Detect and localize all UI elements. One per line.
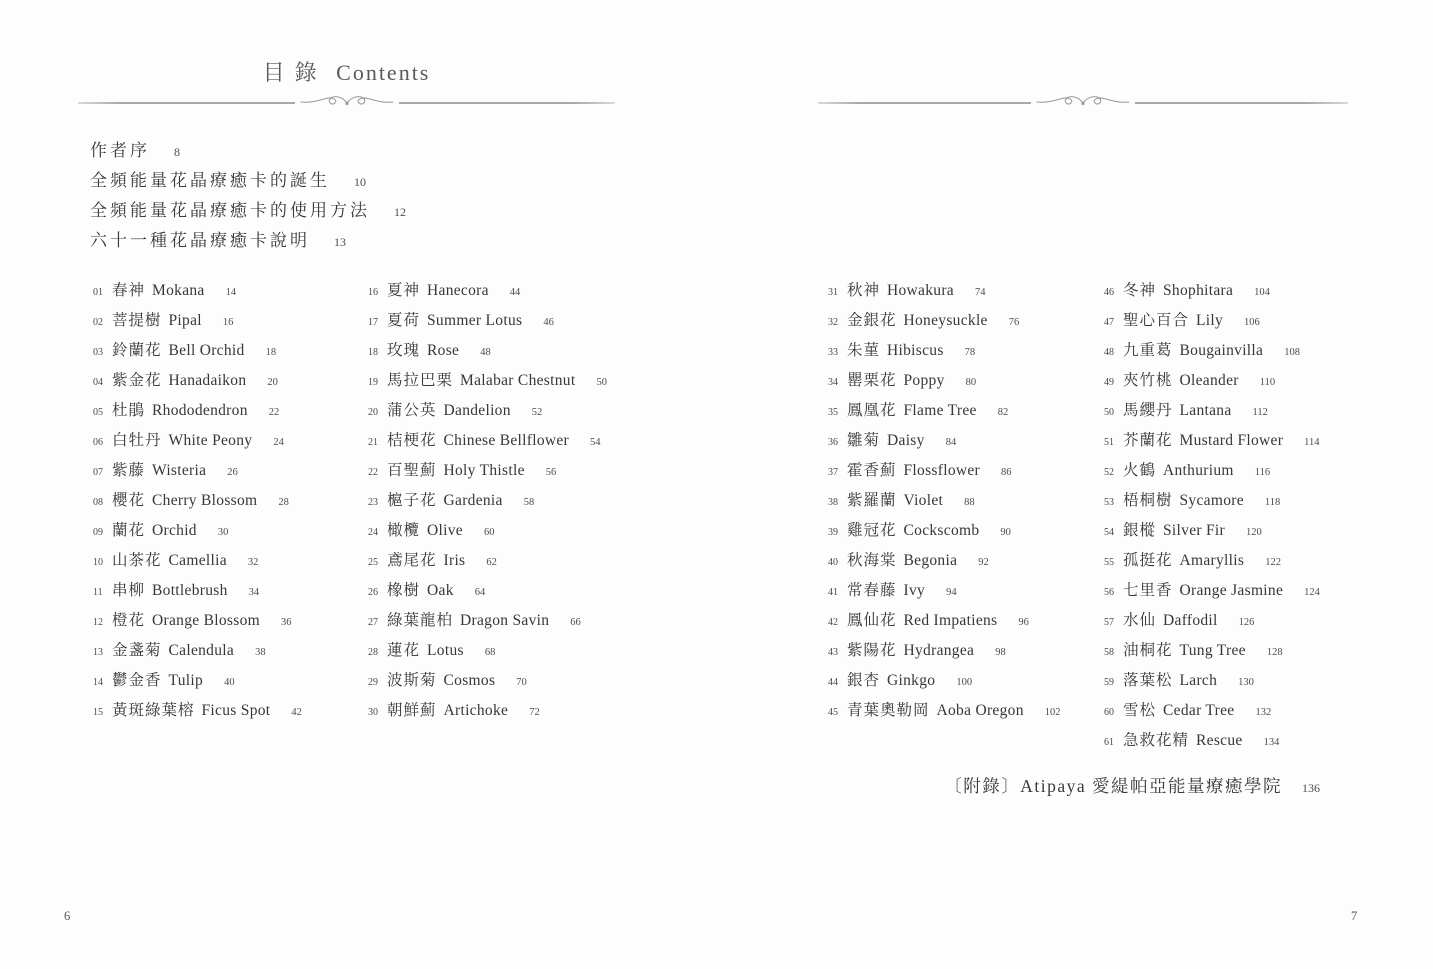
entry-name-en: Cherry Blossom (152, 492, 257, 510)
entry-name-zh: 橙花 (112, 608, 145, 630)
entry-name-en: Ficus Spot (202, 702, 271, 720)
entry-name-zh: 鳳凰花 (847, 398, 897, 420)
page-title: 目錄 Contents (78, 56, 615, 87)
appendix-page-number: 136 (1302, 781, 1320, 796)
entry-number: 54 (1104, 527, 1116, 538)
front-matter-entry: 六十一種花晶療癒卡說明 13 (90, 226, 406, 256)
entry-page-number: 104 (1254, 287, 1270, 298)
entry-name-zh: 七里香 (1123, 578, 1173, 600)
entry-page-number: 52 (532, 407, 543, 418)
toc-entry: 35 鳳凰花 Flame Tree 82 (828, 398, 1061, 428)
entry-name-en: Tung Tree (1180, 642, 1246, 660)
entry-number: 15 (93, 707, 105, 718)
flourish-icon (1031, 90, 1135, 115)
entry-number: 51 (1104, 437, 1116, 448)
entry-name-zh: 鬱金香 (112, 668, 162, 690)
entry-name-zh: 銀杏 (847, 668, 880, 690)
entry-name-en: Cosmos (444, 672, 496, 690)
entry-number: 19 (368, 377, 380, 388)
toc-entry: 43 紫陽花 Hydrangea 98 (828, 638, 1061, 668)
toc-entry: 21 桔梗花 Chinese Bellflower 54 (368, 428, 607, 458)
entry-number: 20 (368, 407, 380, 418)
front-matter-entry: 全頻能量花晶療癒卡的誕生 10 (90, 166, 406, 196)
toc-entry: 15 黃斑綠葉榕 Ficus Spot 42 (93, 698, 302, 728)
entry-name-zh: 霍香薊 (847, 458, 897, 480)
toc-entry: 37 霍香薊 Flossflower 86 (828, 458, 1061, 488)
entry-name-en: Ivy (904, 582, 926, 600)
entry-name-en: Lantana (1180, 402, 1232, 420)
entry-page-number: 112 (1253, 407, 1268, 418)
folio-right: 7 (1351, 909, 1357, 924)
entry-number: 06 (93, 437, 105, 448)
entry-number: 41 (828, 587, 840, 598)
toc-entry: 46 冬神 Shophitara 104 (1104, 278, 1320, 308)
entry-page-number: 102 (1045, 707, 1061, 718)
toc-column-4: 46 冬神 Shophitara 104 47 聖心百合 Lily 106 48… (1104, 278, 1320, 758)
entry-name-en: Gardenia (444, 492, 503, 510)
entry-number: 35 (828, 407, 840, 418)
toc-entry: 41 常春藤 Ivy 94 (828, 578, 1061, 608)
entry-page-number: 72 (529, 707, 540, 718)
entry-name-zh: 杜鵑 (112, 398, 145, 420)
toc-entry: 17 夏荷 Summer Lotus 46 (368, 308, 607, 338)
entry-name-zh: 青葉奧勒岡 (847, 698, 930, 720)
toc-entry: 54 銀樅 Silver Fir 120 (1104, 518, 1320, 548)
toc-entry: 60 雪松 Cedar Tree 132 (1104, 698, 1320, 728)
toc-entry: 10 山茶花 Camellia 32 (93, 548, 302, 578)
entry-page-number: 130 (1238, 677, 1254, 688)
entry-name-zh: 紫藤 (112, 458, 145, 480)
entry-name-zh: 金銀花 (847, 308, 897, 330)
entry-name-zh: 銀樅 (1123, 518, 1156, 540)
entry-page-number: 38 (255, 647, 266, 658)
entry-number: 37 (828, 467, 840, 478)
entry-number: 46 (1104, 287, 1116, 298)
front-matter-page-number: 13 (334, 235, 346, 250)
entry-page-number: 120 (1246, 527, 1262, 538)
entry-name-zh: 金盞菊 (112, 638, 162, 660)
front-matter-page-number: 10 (354, 175, 366, 190)
entry-page-number: 40 (224, 677, 235, 688)
entry-number: 44 (828, 677, 840, 688)
entry-page-number: 70 (516, 677, 527, 688)
toc-entry: 32 金銀花 Honeysuckle 76 (828, 308, 1061, 338)
entry-page-number: 68 (485, 647, 496, 658)
entry-number: 40 (828, 557, 840, 568)
entry-page-number: 50 (596, 377, 607, 388)
toc-entry: 08 櫻花 Cherry Blossom 28 (93, 488, 302, 518)
entry-number: 18 (368, 347, 380, 358)
entry-name-en: Violet (904, 492, 944, 510)
entry-name-zh: 白牡丹 (112, 428, 162, 450)
toc-entry: 33 朱菫 Hibiscus 78 (828, 338, 1061, 368)
entry-number: 29 (368, 677, 380, 688)
entry-number: 34 (828, 377, 840, 388)
entry-name-zh: 鳶尾花 (387, 548, 437, 570)
entry-page-number: 86 (1001, 467, 1012, 478)
entry-name-en: Bougainvilla (1180, 342, 1264, 360)
entry-name-en: Oleander (1180, 372, 1239, 390)
entry-page-number: 82 (998, 407, 1009, 418)
entry-name-zh: 常春藤 (847, 578, 897, 600)
entry-name-zh: 紫陽花 (847, 638, 897, 660)
entry-name-zh: 櫻花 (112, 488, 145, 510)
toc-entry: 01 春神 Mokana 14 (93, 278, 302, 308)
entry-number: 21 (368, 437, 380, 448)
entry-number: 32 (828, 317, 840, 328)
entry-name-en: Begonia (904, 552, 958, 570)
entry-name-en: Calendula (169, 642, 235, 660)
entry-name-zh: 橄欖 (387, 518, 420, 540)
entry-name-zh: 波斯菊 (387, 668, 437, 690)
entry-page-number: 110 (1260, 377, 1275, 388)
toc-entry: 31 秋神 Howakura 74 (828, 278, 1061, 308)
entry-name-en: Dragon Savin (460, 612, 549, 630)
toc-column-2: 16 夏神 Hanecora 44 17 夏荷 Summer Lotus 46 … (368, 278, 607, 728)
entry-number: 11 (93, 587, 105, 598)
toc-entry: 57 水仙 Daffodil 126 (1104, 608, 1320, 638)
entry-number: 02 (93, 317, 105, 328)
toc-entry: 11 串柳 Bottlebrush 34 (93, 578, 302, 608)
entry-name-zh: 火鶴 (1123, 458, 1156, 480)
entry-page-number: 114 (1304, 437, 1319, 448)
entry-page-number: 48 (480, 347, 491, 358)
entry-page-number: 54 (590, 437, 601, 448)
toc-entry: 04 紫金花 Hanadaikon 20 (93, 368, 302, 398)
entry-name-zh: 罌栗花 (847, 368, 897, 390)
entry-name-en: Honeysuckle (904, 312, 988, 330)
entry-page-number: 100 (956, 677, 972, 688)
entry-number: 36 (828, 437, 840, 448)
divider-left (78, 101, 615, 104)
entry-name-en: Amaryllis (1180, 552, 1245, 570)
entry-number: 22 (368, 467, 380, 478)
entry-page-number: 80 (966, 377, 977, 388)
entry-name-en: Hibiscus (887, 342, 944, 360)
entry-number: 55 (1104, 557, 1116, 568)
entry-page-number: 84 (946, 437, 957, 448)
toc-entry: 23 槴子花 Gardenia 58 (368, 488, 607, 518)
entry-page-number: 128 (1267, 647, 1283, 658)
entry-page-number: 42 (291, 707, 302, 718)
entry-name-zh: 蓮花 (387, 638, 420, 660)
toc-entry: 36 雛菊 Daisy 84 (828, 428, 1061, 458)
entry-name-zh: 蒲公英 (387, 398, 437, 420)
entry-name-en: Olive (427, 522, 463, 540)
entry-page-number: 34 (249, 587, 260, 598)
entry-name-zh: 槴子花 (387, 488, 437, 510)
entry-name-en: Tulip (169, 672, 204, 690)
book-spread: { "page": { "background_color": "#fdfdfd… (0, 0, 1433, 969)
entry-name-en: Wisteria (152, 462, 206, 480)
toc-entry: 09 蘭花 Orchid 30 (93, 518, 302, 548)
entry-page-number: 18 (266, 347, 277, 358)
entry-name-zh: 串柳 (112, 578, 145, 600)
entry-name-zh: 水仙 (1123, 608, 1156, 630)
toc-entry: 61 急救花精 Rescue 134 (1104, 728, 1320, 758)
entry-number: 16 (368, 287, 380, 298)
entry-name-en: Lotus (427, 642, 464, 660)
entry-name-en: Chinese Bellflower (444, 432, 570, 450)
entry-number: 60 (1104, 707, 1116, 718)
entry-page-number: 60 (484, 527, 495, 538)
entry-name-en: Daffodil (1163, 612, 1218, 630)
entry-name-zh: 秋海棠 (847, 548, 897, 570)
entry-name-en: Flame Tree (904, 402, 977, 420)
entry-name-en: Rhododendron (152, 402, 248, 420)
toc-entry: 19 馬拉巴栗 Malabar Chestnut 50 (368, 368, 607, 398)
entry-number: 52 (1104, 467, 1116, 478)
entry-name-zh: 菩提樹 (112, 308, 162, 330)
toc-entry: 38 紫羅蘭 Violet 88 (828, 488, 1061, 518)
toc-entry: 24 橄欖 Olive 60 (368, 518, 607, 548)
entry-number: 57 (1104, 617, 1116, 628)
entry-page-number: 20 (267, 377, 278, 388)
entry-page-number: 30 (218, 527, 229, 538)
entry-number: 50 (1104, 407, 1116, 418)
entry-page-number: 116 (1255, 467, 1270, 478)
toc-entry: 18 玫瑰 Rose 48 (368, 338, 607, 368)
entry-page-number: 118 (1265, 497, 1280, 508)
entry-name-en: Orchid (152, 522, 197, 540)
entry-page-number: 24 (273, 437, 284, 448)
entry-page-number: 88 (964, 497, 975, 508)
entry-name-en: Artichoke (444, 702, 509, 720)
front-matter-page-number: 12 (394, 205, 406, 220)
entry-page-number: 132 (1255, 707, 1271, 718)
toc-entry: 55 孤挺花 Amaryllis 122 (1104, 548, 1320, 578)
toc-entry: 03 鈴蘭花 Bell Orchid 18 (93, 338, 302, 368)
front-matter-list: 作者序 8 全頻能量花晶療癒卡的誕生 10 全頻能量花晶療癒卡的使用方法 12 … (90, 136, 406, 256)
entry-name-zh: 油桐花 (1123, 638, 1173, 660)
entry-number: 49 (1104, 377, 1116, 388)
front-matter-label: 作者序 (90, 136, 150, 161)
entry-name-en: Hanadaikon (169, 372, 247, 390)
entry-number: 10 (93, 557, 105, 568)
entry-name-zh: 夏荷 (387, 308, 420, 330)
toc-entry: 13 金盞菊 Calendula 38 (93, 638, 302, 668)
front-matter-page-number: 8 (174, 145, 180, 160)
toc-entry: 16 夏神 Hanecora 44 (368, 278, 607, 308)
entry-name-en: Howakura (887, 282, 954, 300)
entry-number: 27 (368, 617, 380, 628)
page-title-zh: 目錄 (263, 60, 327, 85)
entry-page-number: 58 (524, 497, 535, 508)
entry-name-en: Silver Fir (1163, 522, 1225, 540)
entry-name-zh: 秋神 (847, 278, 880, 300)
entry-name-zh: 桔梗花 (387, 428, 437, 450)
entry-name-en: Aoba Oregon (937, 702, 1024, 720)
toc-entry: 45 青葉奧勒岡 Aoba Oregon 102 (828, 698, 1061, 728)
entry-number: 23 (368, 497, 380, 508)
front-matter-label: 六十一種花晶療癒卡說明 (90, 226, 310, 251)
entry-name-en: Mustard Flower (1180, 432, 1284, 450)
entry-name-zh: 聖心百合 (1123, 308, 1189, 330)
toc-entry: 40 秋海棠 Begonia 92 (828, 548, 1061, 578)
toc-entry: 39 雞冠花 Cockscomb 90 (828, 518, 1061, 548)
toc-entry: 28 蓮花 Lotus 68 (368, 638, 607, 668)
folio-left: 6 (64, 909, 70, 924)
entry-name-zh: 梧桐樹 (1123, 488, 1173, 510)
entry-name-en: Hydrangea (904, 642, 975, 660)
entry-number: 31 (828, 287, 840, 298)
entry-number: 07 (93, 467, 105, 478)
entry-number: 28 (368, 647, 380, 658)
entry-number: 25 (368, 557, 380, 568)
entry-number: 38 (828, 497, 840, 508)
entry-page-number: 28 (278, 497, 289, 508)
toc-entry: 44 銀杏 Ginkgo 100 (828, 668, 1061, 698)
entry-number: 26 (368, 587, 380, 598)
entry-name-zh: 雛菊 (847, 428, 880, 450)
entry-name-en: White Peony (169, 432, 253, 450)
entry-name-en: Holy Thistle (444, 462, 525, 480)
entry-name-zh: 朱菫 (847, 338, 880, 360)
toc-entry: 27 綠葉龍柏 Dragon Savin 66 (368, 608, 607, 638)
entry-number: 12 (93, 617, 105, 628)
toc-entry: 48 九重葛 Bougainvilla 108 (1104, 338, 1320, 368)
entry-number: 13 (93, 647, 105, 658)
entry-name-en: Orange Jasmine (1180, 582, 1284, 600)
entry-name-zh: 孤挺花 (1123, 548, 1173, 570)
entry-number: 04 (93, 377, 105, 388)
entry-number: 08 (93, 497, 105, 508)
entry-name-zh: 蘭花 (112, 518, 145, 540)
entry-name-zh: 落葉松 (1123, 668, 1173, 690)
toc-entry: 49 夾竹桃 Oleander 110 (1104, 368, 1320, 398)
entry-number: 48 (1104, 347, 1116, 358)
entry-page-number: 90 (1000, 527, 1011, 538)
entry-name-en: Daisy (887, 432, 925, 450)
toc-entry: 56 七里香 Orange Jasmine 124 (1104, 578, 1320, 608)
toc-entry: 22 百聖薊 Holy Thistle 56 (368, 458, 607, 488)
entry-name-en: Orange Blossom (152, 612, 260, 630)
toc-entry: 29 波斯菊 Cosmos 70 (368, 668, 607, 698)
entry-page-number: 108 (1284, 347, 1300, 358)
entry-name-en: Ginkgo (887, 672, 935, 690)
entry-number: 24 (368, 527, 380, 538)
entry-number: 33 (828, 347, 840, 358)
toc-entry: 53 梧桐樹 Sycamore 118 (1104, 488, 1320, 518)
entry-page-number: 32 (248, 557, 259, 568)
entry-page-number: 64 (475, 587, 486, 598)
toc-column-3: 31 秋神 Howakura 74 32 金銀花 Honeysuckle 76 … (828, 278, 1061, 728)
entry-page-number: 98 (995, 647, 1006, 658)
appendix-entry: 〔附錄〕Atipaya 愛緹帕亞能量療癒學院 136 (944, 773, 1320, 798)
toc-entry: 25 鳶尾花 Iris 62 (368, 548, 607, 578)
entry-name-en: Bottlebrush (152, 582, 228, 600)
entry-page-number: 44 (510, 287, 521, 298)
entry-name-en: Rose (427, 342, 459, 360)
entry-name-zh: 九重葛 (1123, 338, 1173, 360)
entry-name-en: Poppy (904, 372, 945, 390)
entry-name-en: Cockscomb (904, 522, 980, 540)
entry-name-zh: 綠葉龍柏 (387, 608, 453, 630)
entry-name-en: Camellia (169, 552, 227, 570)
entry-name-en: Mokana (152, 282, 205, 300)
entry-name-en: Shophitara (1163, 282, 1233, 300)
entry-name-zh: 朝鮮薊 (387, 698, 437, 720)
entry-number: 56 (1104, 587, 1116, 598)
entry-page-number: 134 (1264, 737, 1280, 748)
entry-page-number: 74 (975, 287, 986, 298)
toc-entry: 51 芥蘭花 Mustard Flower 114 (1104, 428, 1320, 458)
entry-name-zh: 黃斑綠葉榕 (112, 698, 195, 720)
entry-number: 59 (1104, 677, 1116, 688)
entry-number: 09 (93, 527, 105, 538)
entry-number: 14 (93, 677, 105, 688)
entry-number: 53 (1104, 497, 1116, 508)
entry-name-en: Iris (444, 552, 466, 570)
page-title-en: Contents (336, 60, 430, 85)
entry-page-number: 14 (226, 287, 237, 298)
entry-name-en: Pipal (169, 312, 202, 330)
entry-number: 43 (828, 647, 840, 658)
toc-entry: 26 橡樹 Oak 64 (368, 578, 607, 608)
entry-number: 01 (93, 287, 105, 298)
toc-entry: 50 馬纓丹 Lantana 112 (1104, 398, 1320, 428)
entry-page-number: 92 (978, 557, 989, 568)
entry-page-number: 56 (546, 467, 557, 478)
entry-name-en: Flossflower (904, 462, 981, 480)
entry-page-number: 94 (946, 587, 957, 598)
entry-name-zh: 夾竹桃 (1123, 368, 1173, 390)
toc-entry: 02 菩提樹 Pipal 16 (93, 308, 302, 338)
entry-page-number: 26 (227, 467, 238, 478)
front-matter-label: 全頻能量花晶療癒卡的誕生 (90, 166, 330, 191)
flourish-icon (295, 90, 399, 115)
entry-number: 03 (93, 347, 105, 358)
entry-number: 45 (828, 707, 840, 718)
entry-name-zh: 紫羅蘭 (847, 488, 897, 510)
entry-page-number: 36 (281, 617, 292, 628)
entry-page-number: 124 (1304, 587, 1320, 598)
entry-name-en: Rescue (1196, 732, 1243, 750)
entry-name-en: Cedar Tree (1163, 702, 1234, 720)
entry-page-number: 126 (1239, 617, 1255, 628)
entry-name-zh: 急救花精 (1123, 728, 1189, 750)
entry-name-zh: 橡樹 (387, 578, 420, 600)
front-matter-label: 全頻能量花晶療癒卡的使用方法 (90, 196, 370, 221)
entry-number: 47 (1104, 317, 1116, 328)
entry-page-number: 46 (543, 317, 554, 328)
entry-number: 39 (828, 527, 840, 538)
entry-page-number: 16 (223, 317, 234, 328)
entry-name-zh: 馬拉巴栗 (387, 368, 453, 390)
entry-number: 05 (93, 407, 105, 418)
front-matter-entry: 全頻能量花晶療癒卡的使用方法 12 (90, 196, 406, 226)
entry-number: 42 (828, 617, 840, 628)
entry-name-zh: 百聖薊 (387, 458, 437, 480)
entry-name-en: Malabar Chestnut (460, 372, 575, 390)
entry-number: 61 (1104, 737, 1116, 748)
toc-column-1: 01 春神 Mokana 14 02 菩提樹 Pipal 16 03 鈴蘭花 B… (93, 278, 302, 728)
entry-page-number: 122 (1265, 557, 1281, 568)
entry-number: 17 (368, 317, 380, 328)
entry-name-en: Red Impatiens (904, 612, 998, 630)
toc-entry: 14 鬱金香 Tulip 40 (93, 668, 302, 698)
entry-name-zh: 春神 (112, 278, 145, 300)
entry-name-zh: 鳳仙花 (847, 608, 897, 630)
toc-entry: 42 鳳仙花 Red Impatiens 96 (828, 608, 1061, 638)
entry-name-zh: 夏神 (387, 278, 420, 300)
appendix-label: 〔附錄〕Atipaya 愛緹帕亞能量療癒學院 (944, 773, 1282, 798)
entry-name-en: Hanecora (427, 282, 489, 300)
toc-entry: 07 紫藤 Wisteria 26 (93, 458, 302, 488)
toc-entry: 34 罌栗花 Poppy 80 (828, 368, 1061, 398)
entry-page-number: 96 (1018, 617, 1029, 628)
entry-name-zh: 馬纓丹 (1123, 398, 1173, 420)
